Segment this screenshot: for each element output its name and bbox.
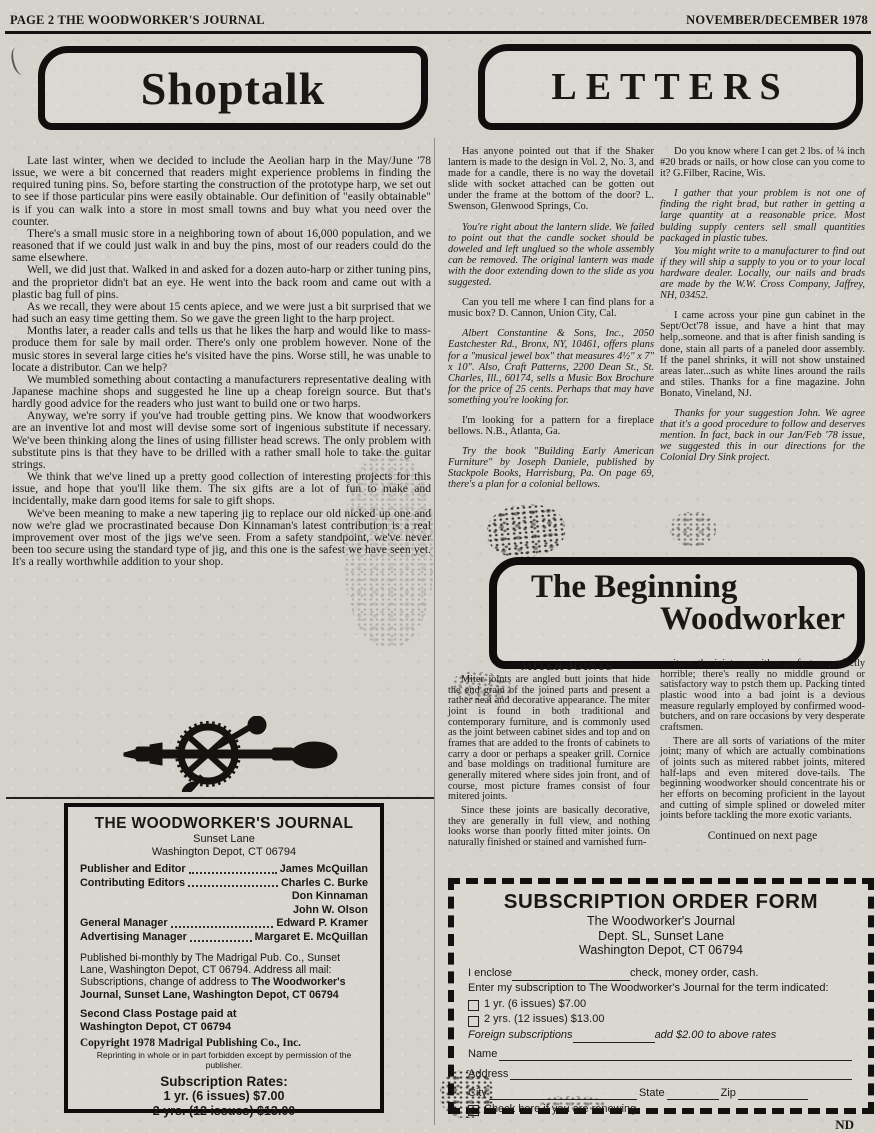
page-header-right: NOVEMBER/DECEMBER 1978 — [686, 13, 868, 28]
scan-smudge — [440, 1070, 494, 1118]
scan-smudge — [670, 512, 716, 546]
beginning-woodworker-title-line1: The Beginning — [531, 569, 857, 605]
staff-name: James McQuillan — [280, 863, 368, 877]
masthead-address1: Sunset Lane — [80, 833, 368, 846]
form-address1: The Woodworker's Journal — [468, 914, 854, 929]
beginning-woodworker-title-line2: Woodworker — [497, 601, 845, 637]
letter-reply: You might write to a manufacturer to fin… — [660, 246, 865, 301]
scan-smudge — [540, 1096, 604, 1112]
masthead-staff-list: Publisher and EditorJames McQuillan Cont… — [80, 863, 368, 945]
letter: Can you tell me where I can find plans f… — [448, 297, 654, 319]
masthead-postage: Second Class Postage paid at Washington … — [80, 1008, 368, 1034]
scan-smudge — [344, 452, 434, 647]
miter-paragraph: iture, the joints are either perfect or … — [660, 659, 865, 734]
miter-joints-heading: MITER JOINTS — [521, 659, 613, 674]
zip-field[interactable] — [738, 1099, 808, 1100]
scan-pen-mark — [9, 46, 29, 77]
renew-row: Check here if you are renewing — [468, 1102, 854, 1118]
staff-row: Contributing EditorsCharles C. Burke — [80, 877, 368, 891]
dot-leader — [189, 863, 277, 874]
staff-row: Don Kinnaman — [80, 890, 368, 904]
dot-leader — [190, 931, 252, 942]
scan-smudge — [485, 502, 567, 561]
left-column-rule — [6, 797, 434, 799]
masthead-address2: Washington Depot, CT 06794 — [80, 846, 368, 859]
shoptalk-paragraph: Well, we did just that. Walked in and as… — [12, 264, 431, 300]
miter-column-2: iture, the joints are either perfect or … — [660, 659, 865, 842]
staff-name: Margaret E. McQuillan — [255, 931, 368, 945]
letter: I came across your pine gun cabinet in t… — [660, 310, 865, 399]
dot-leader — [171, 917, 274, 928]
staff-role: Advertising Manager — [80, 931, 187, 945]
term-option-2: 2 yrs. (12 issues) $13.00 — [468, 1012, 854, 1028]
continued-notice: Continued on next page — [660, 831, 865, 842]
staff-row: General ManagerEdward P. Kramer — [80, 917, 368, 931]
letters-column-1: Has anyone pointed out that if the Shake… — [448, 146, 654, 500]
foreign-amount-field[interactable] — [573, 1031, 655, 1043]
staff-name: Don Kinnaman — [292, 890, 368, 904]
subscription-rate-1: 1 yr. (6 issues) $7.00 — [80, 1089, 368, 1104]
address-row: Address — [468, 1067, 854, 1083]
staff-name: John W. Olson — [293, 904, 368, 918]
letters-title: LETTERS — [551, 65, 789, 109]
staff-role: Publisher and Editor — [80, 863, 186, 877]
letters-column-2: Do you know where I can get 2 lbs. of ¼ … — [660, 146, 865, 472]
dot-leader — [188, 877, 278, 888]
letter-reply: You're right about the lantern slide. We… — [448, 222, 654, 289]
one-year-checkbox[interactable] — [468, 1000, 479, 1011]
staff-row: John W. Olson — [80, 904, 368, 918]
shoptalk-title: Shoptalk — [141, 62, 325, 115]
page-header-left: PAGE 2 THE WOODWORKER'S JOURNAL — [10, 13, 265, 28]
letter-reply: Thanks for your suggestion John. We agre… — [660, 408, 865, 463]
staff-name: Charles C. Burke — [281, 877, 368, 891]
letter-reply: Try the book "Building Early American Fu… — [448, 446, 654, 490]
name-row: Name — [468, 1047, 854, 1063]
masthead-copyright: Copyright 1978 Madrigal Publishing Co., … — [80, 1037, 368, 1049]
miter-paragraph: Since these joints are basically decorat… — [448, 806, 650, 849]
two-year-checkbox[interactable] — [468, 1016, 479, 1027]
subscription-rate-2: 2 yrs. (12 issues) $13.00 — [80, 1104, 368, 1119]
enclose-amount-field[interactable] — [512, 969, 630, 981]
letter: I'm looking for a pattern for a fireplac… — [448, 415, 654, 437]
state-field[interactable] — [667, 1099, 719, 1100]
shoptalk-paragraph: Months later, a reader calls and tells u… — [12, 325, 431, 374]
foreign-row: Foreign subscriptions add $2.00 to above… — [468, 1028, 854, 1044]
subscription-rates-title: Subscription Rates: — [80, 1074, 368, 1089]
staff-role: General Manager — [80, 917, 168, 931]
letter: Has anyone pointed out that if the Shake… — [448, 146, 654, 213]
form-title: SUBSCRIPTION ORDER FORM — [468, 890, 854, 914]
header-rule — [5, 31, 871, 34]
city-state-zip-row: City State Zip — [468, 1086, 854, 1102]
shoptalk-paragraph: As we recall, they were about 15 cents a… — [12, 301, 431, 325]
form-address3: Washington Depot, CT 06794 — [468, 943, 854, 958]
shoptalk-paragraph: There's a small music store in a neighbo… — [12, 228, 431, 264]
hand-drill-illustration — [122, 716, 338, 792]
letter-reply: I gather that your problem is not one of… — [660, 188, 865, 243]
letter-reply: Albert Constantine & Sons, Inc., 2050 Ea… — [448, 328, 654, 406]
masthead-box: THE WOODWORKER'S JOURNAL Sunset Lane Was… — [64, 803, 384, 1113]
masthead-published-text: Published bi-monthly by The Madrigal Pub… — [80, 952, 368, 1002]
masthead-reprint-notice: Reprinting in whole or in part forbidden… — [80, 1051, 368, 1070]
address-field[interactable] — [510, 1079, 852, 1080]
staff-role: Contributing Editors — [80, 877, 185, 891]
subscription-order-form: SUBSCRIPTION ORDER FORM The Woodworker's… — [448, 878, 874, 1114]
shoptalk-paragraph: We mumbled something about contacting a … — [12, 374, 431, 410]
staff-row: Publisher and EditorJames McQuillan — [80, 863, 368, 877]
term-option-1: 1 yr. (6 issues) $7.00 — [468, 997, 854, 1013]
shoptalk-paragraph: Late last winter, when we decided to inc… — [12, 155, 431, 228]
letters-title-box: LETTERS — [478, 44, 863, 130]
form-address2: Dept. SL, Sunset Lane — [468, 929, 854, 944]
masthead-title: THE WOODWORKER'S JOURNAL — [80, 815, 368, 833]
enclose-row: I enclose check, money order, cash. — [468, 966, 854, 982]
miter-paragraph: There are all sorts of variations of the… — [660, 737, 865, 822]
name-field[interactable] — [499, 1060, 852, 1061]
shoptalk-title-box: Shoptalk — [38, 46, 428, 130]
column-divider — [434, 138, 435, 1125]
term-row: Enter my subscription to The Woodworker'… — [468, 981, 854, 997]
nd-mark: ND — [468, 1117, 854, 1133]
staff-row: Advertising ManagerMargaret E. McQuillan — [80, 931, 368, 945]
staff-name: Edward P. Kramer — [276, 917, 368, 931]
beginning-woodworker-title-box: The Beginning Woodworker — [489, 557, 865, 669]
letter: Do you know where I can get 2 lbs. of ¼ … — [660, 146, 865, 179]
